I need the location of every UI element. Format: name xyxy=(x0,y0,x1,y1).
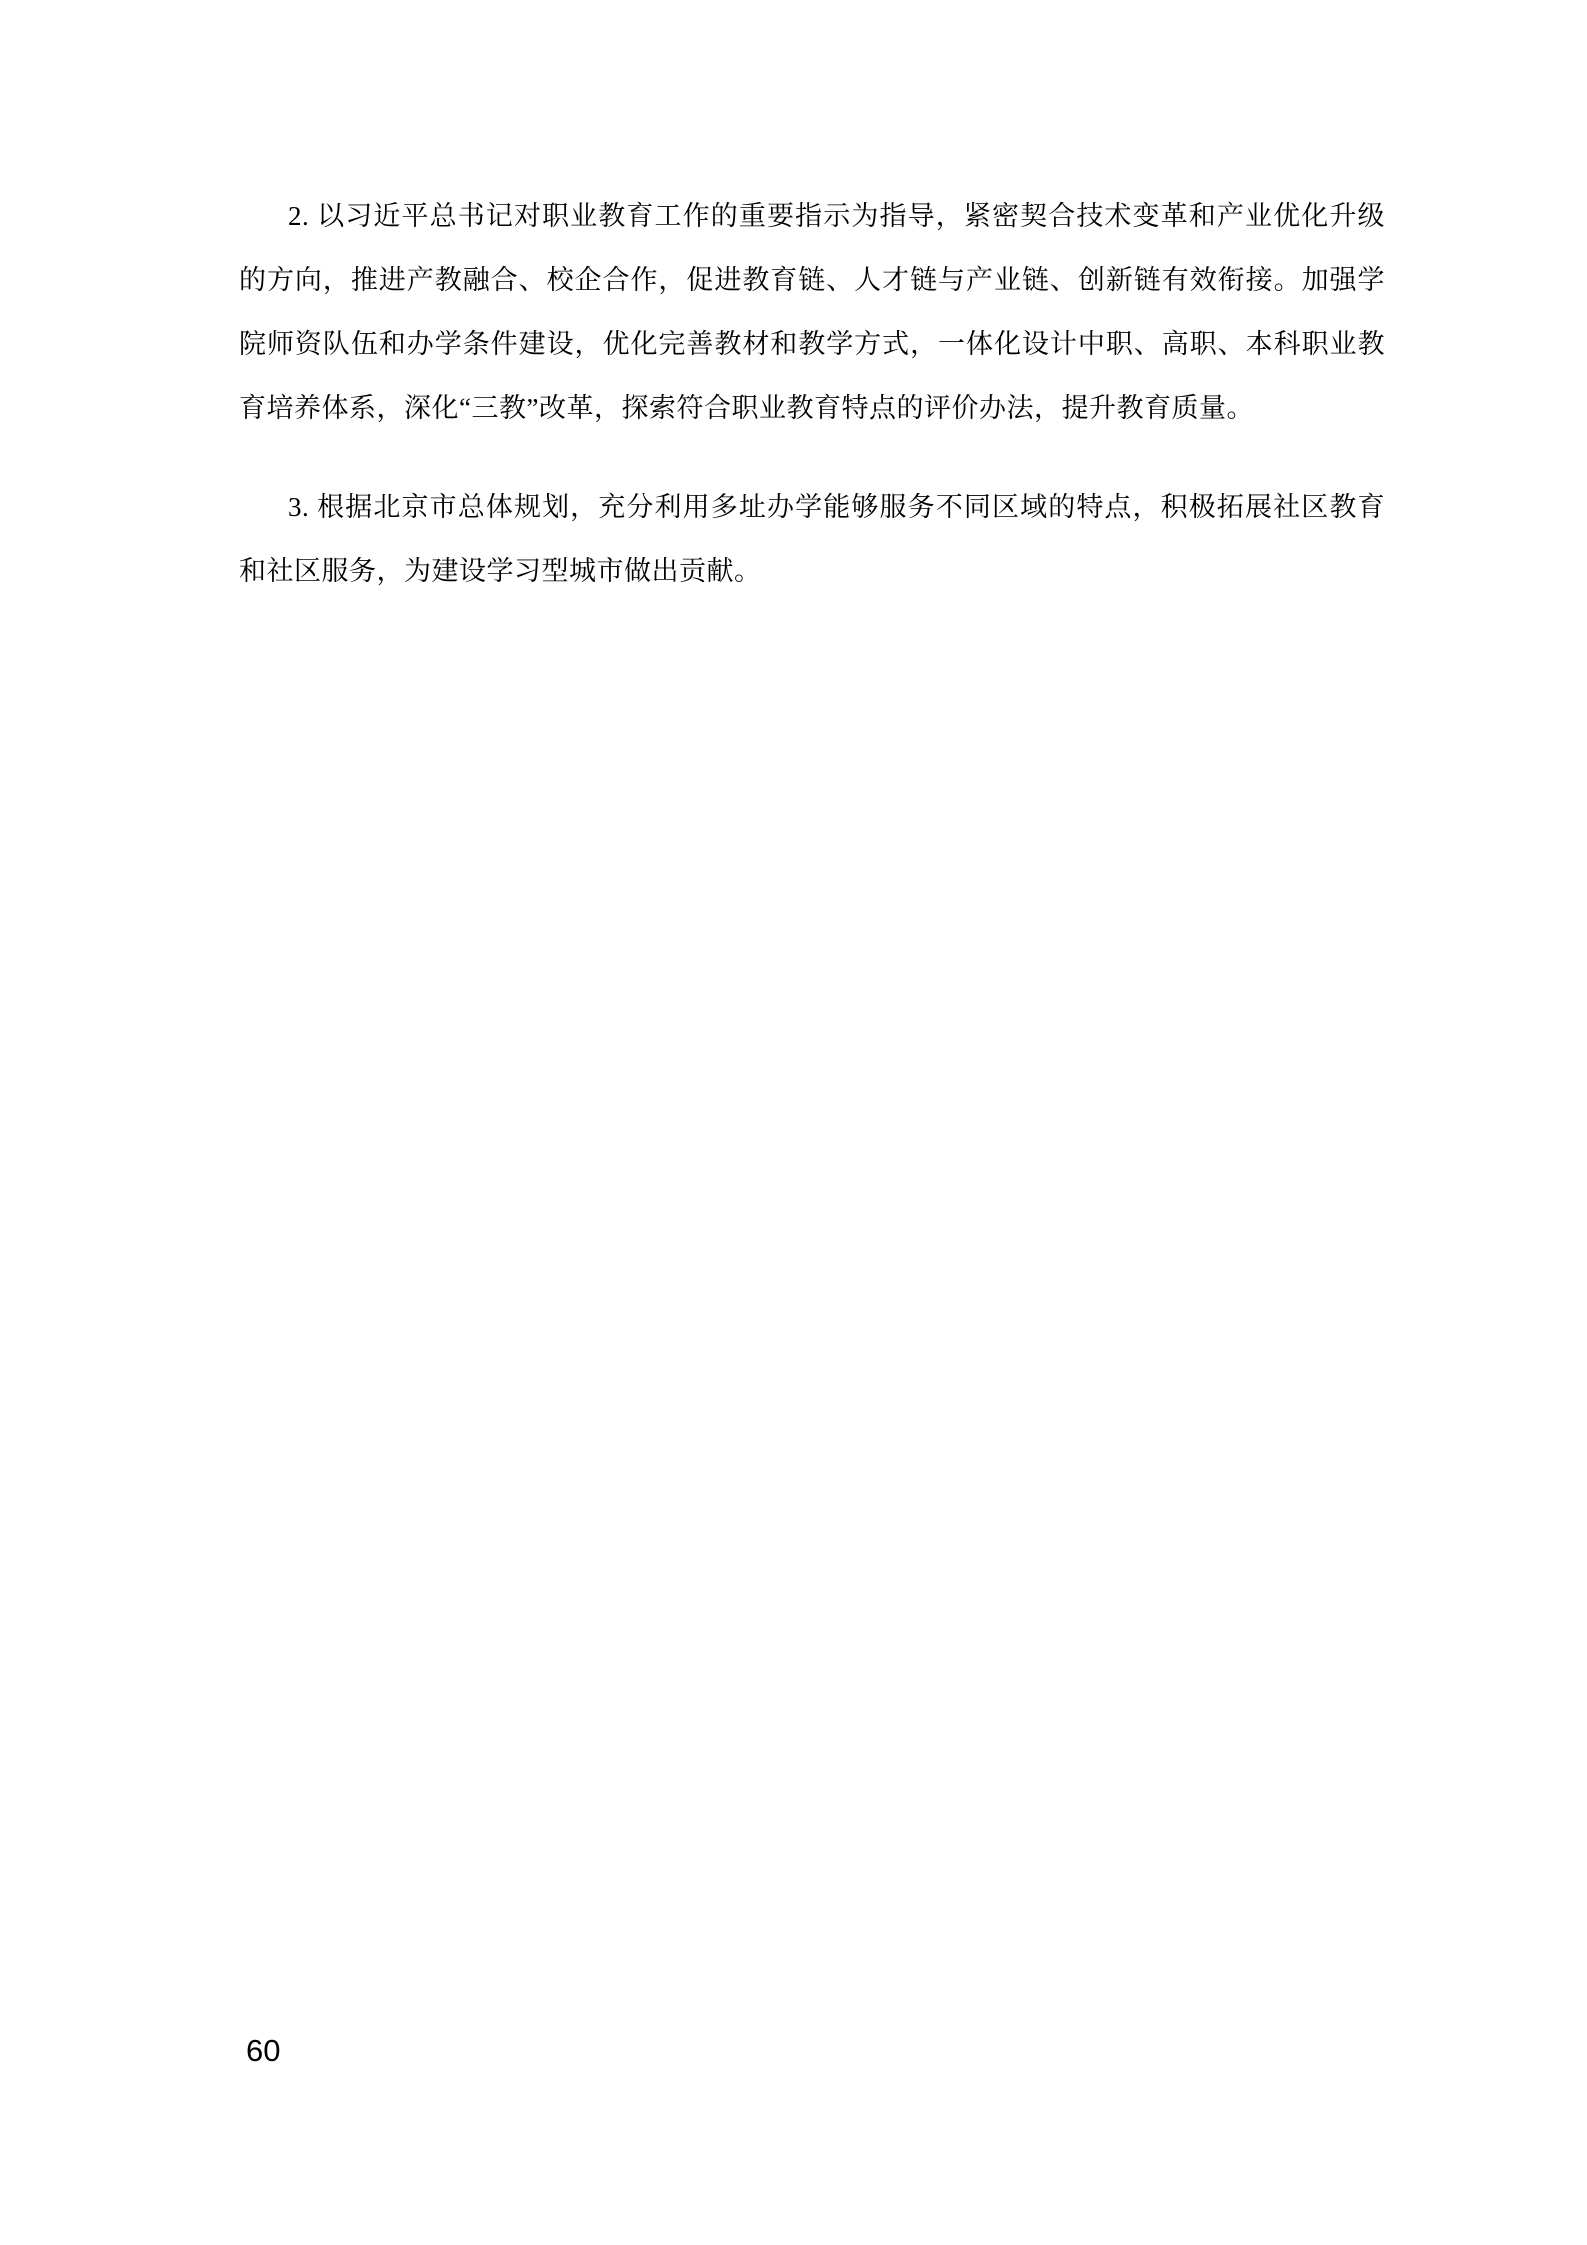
document-page: 2. 以习近平总书记对职业教育工作的重要指示为指导，紧密契合技术变革和产业优化升… xyxy=(0,0,1587,2245)
page-number: 60 xyxy=(246,2035,280,2066)
document-body: 2. 以习近平总书记对职业教育工作的重要指示为指导，紧密契合技术变革和产业优化升… xyxy=(239,184,1385,638)
paragraph-item-2: 2. 以习近平总书记对职业教育工作的重要指示为指导，紧密契合技术变革和产业优化升… xyxy=(239,184,1385,440)
paragraph-item-3: 3. 根据北京市总体规划，充分利用多址办学能够服务不同区域的特点，积极拓展社区教… xyxy=(239,475,1385,603)
